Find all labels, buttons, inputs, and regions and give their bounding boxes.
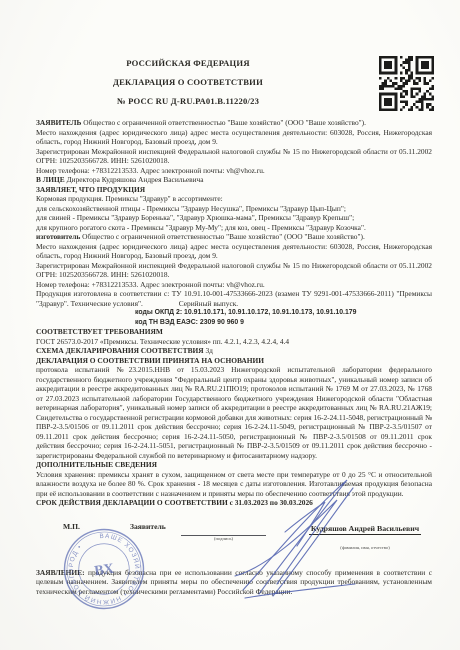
manufacturer-contacts: Номер телефона: +78312213533. Адрес элек… — [36, 280, 432, 290]
stamp-center-text: ВХ — [93, 561, 115, 580]
header-country: РОССИЙСКАЯ ФЕДЕРАЦИЯ — [36, 58, 340, 68]
applicant-line: ЗАЯВИТЕЛЬ Общество с ограниченной ответс… — [36, 118, 432, 128]
in-person-line: В ЛИЦЕ Директора Кудряшова Андрея Василь… — [36, 175, 432, 185]
specs-line: Продукция изготовлена в соответствии с: … — [36, 289, 432, 308]
manufacturer-name: Общество с ограниченной ответственностью… — [82, 232, 365, 241]
scheme-label: СХЕМА ДЕКЛАРИРОВАНИЯ СООТВЕТСТВИЯ — [36, 346, 204, 355]
applicant-name: Общество с ограниченной ответственностью… — [83, 118, 366, 127]
compliance-heading: СООТВЕТСТВУЕТ ТРЕБОВАНИЯМ — [36, 327, 432, 337]
product-line-2: для сельскохозяйственной птицы - Премикс… — [36, 204, 432, 214]
declaration-document: РОССИЙСКАЯ ФЕДЕРАЦИЯ ДЕКЛАРАЦИЯ О СООТВЕ… — [0, 0, 460, 650]
manufacturer-label: изготовитель — [36, 232, 80, 241]
product-line-3: для свиней - Премиксы "Здравур Боренька"… — [36, 213, 432, 223]
product-line-4: для крупного рогатого скота - Премиксы "… — [36, 223, 432, 233]
applicant-label: ЗАЯВИТЕЛЬ — [36, 118, 81, 127]
applicant-contacts: Номер телефона: +78312213533. Адрес элек… — [36, 166, 432, 176]
applicant-address: Место нахождения (адрес юридического лиц… — [36, 128, 432, 147]
document-number: № РОСС RU Д-RU.РА01.В.11220/23 — [36, 96, 340, 106]
gost-line: ГОСТ 26573.0-2017 «Премиксы. Технические… — [36, 337, 432, 347]
in-person-label: В ЛИЦЕ — [36, 175, 65, 184]
scheme-value: 3д — [205, 346, 212, 355]
scheme-line: СХЕМА ДЕКЛАРИРОВАНИЯ СООТВЕТСТВИЯ 3д — [36, 346, 432, 356]
manufacturer-line: изготовитель Общество с ограниченной отв… — [36, 232, 432, 242]
basis-text: протокола испытаний №23.2015.ННВ от 15.0… — [36, 365, 432, 460]
manufacturer-registration: Зарегистрирован Межрайонной инспекцией Ф… — [36, 261, 432, 280]
stamp-place-label: М.П. — [63, 522, 80, 531]
validity-label: СРОК ДЕЙСТВИЯ ДЕКЛАРАЦИИ О СООТВЕТСТВИИ — [36, 498, 228, 507]
basis-heading: ДЕКЛАРАЦИЯ О СООТВЕТСТВИИ ПРИНЯТА НА ОСН… — [36, 356, 432, 366]
additional-heading: ДОПОЛНИТЕЛЬНЫЕ СВЕДЕНИЯ — [36, 460, 432, 470]
product-line-1: Кормовая продукция. Премиксы "Здравур" в… — [36, 194, 432, 204]
applicant-registration: Зарегистрирован Межрайонной инспекцией Ф… — [36, 147, 432, 166]
tnved-code: код ТН ВЭД ЕАЭС: 2309 90 960 9 — [36, 318, 432, 328]
okpd-codes: коды ОКПД 2: 10.91.10.171, 10.91.10.172,… — [36, 308, 432, 318]
company-stamp: ВАШЕ ХОЗЯЙСТВО • НИЖНИЙ НОВГОРОД • ВХ — [57, 522, 152, 617]
serial-issue: Серийный выпуск. — [179, 299, 238, 309]
manufacturer-address: Место нахождения (адрес юридического лиц… — [36, 242, 432, 261]
declares-heading: ЗАЯВЛЯЕТ, ЧТО ПРОДУКЦИЯ — [36, 185, 432, 195]
document-title: ДЕКЛАРАЦИЯ О СООТВЕТСТВИИ — [36, 77, 340, 87]
signature-ink — [225, 472, 375, 610]
in-person-name: Директора Кудряшова Андрея Васильевича — [67, 175, 204, 184]
